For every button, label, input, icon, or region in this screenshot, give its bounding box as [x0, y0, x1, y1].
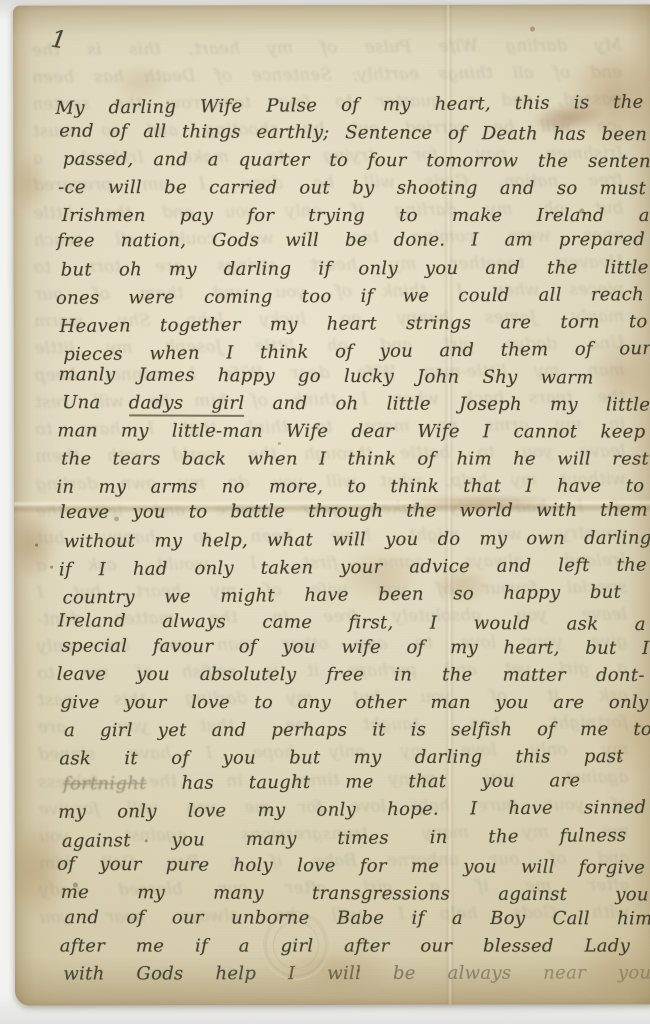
letter-line: the tears back when I think of him he wi…	[61, 446, 649, 473]
letter-line: Irishmen pay for trying to make Ireland …	[62, 203, 650, 230]
letter-line: country we might have been so happy but	[62, 578, 621, 611]
letter-line: if I had only taken your advice and left…	[59, 551, 647, 583]
speckle-marks	[35, 544, 38, 547]
letter-line: man my little-man Wife dear Wife I canno…	[57, 417, 645, 445]
letter-line: -ce will be carried out by shooting and …	[58, 174, 646, 202]
underlined-text: dadys girl	[129, 392, 245, 416]
letter-line: leave you absolutely free in the matter …	[57, 661, 645, 689]
struck-text: fortnight	[63, 773, 147, 795]
letter-line: passed, and a quarter to four tomorrow t…	[63, 146, 650, 176]
letter-line: special favour of you wife of my heart, …	[61, 632, 649, 662]
letter-line: against you many times in the fulness	[62, 822, 627, 855]
letter-line: ones were coming too if we could all rea…	[56, 281, 644, 312]
letter-line: with Gods help I will be always near you	[63, 959, 650, 987]
letter-line: and of our unborne Babe if a Boy Call hi…	[64, 904, 650, 932]
letter-line: without my help, what will you do my own…	[64, 524, 650, 555]
letter-line: free nation, Gods will be done. I am pre…	[57, 227, 645, 255]
photo-background: My darling Wife Pulse of my heart, this …	[0, 0, 650, 1024]
letter-line: My darling Wife Pulse of my heart, this …	[55, 89, 643, 122]
letter-line: end of all things earthly; Sentence of D…	[59, 118, 647, 149]
letter-line: fortnight has taught me that you are	[63, 768, 581, 798]
letter-line: of your pure holy love for me you will f…	[57, 850, 645, 881]
letter-line: a girl yet and perhaps it is selfish of …	[64, 716, 650, 744]
letter-line: after me if a girl after our blessed Lad…	[60, 932, 630, 959]
letter-lines: My darling Wife Pulse of my heart, this …	[59, 92, 649, 987]
letter-paper: My darling Wife Pulse of my heart, this …	[13, 4, 650, 1005]
letter-line: give your love to any other man you are …	[60, 689, 648, 716]
letter-line: manly James happy go lucky John Shy warm	[58, 361, 593, 391]
letter-line: leave you to battle through the world wi…	[60, 497, 648, 527]
letter-line: Una dadys girl and oh little Joseph my l…	[62, 389, 650, 419]
letter-line: but oh my darling if only you and the li…	[61, 254, 649, 284]
letter-line: my only love my only hope. I have sinned	[58, 794, 646, 826]
